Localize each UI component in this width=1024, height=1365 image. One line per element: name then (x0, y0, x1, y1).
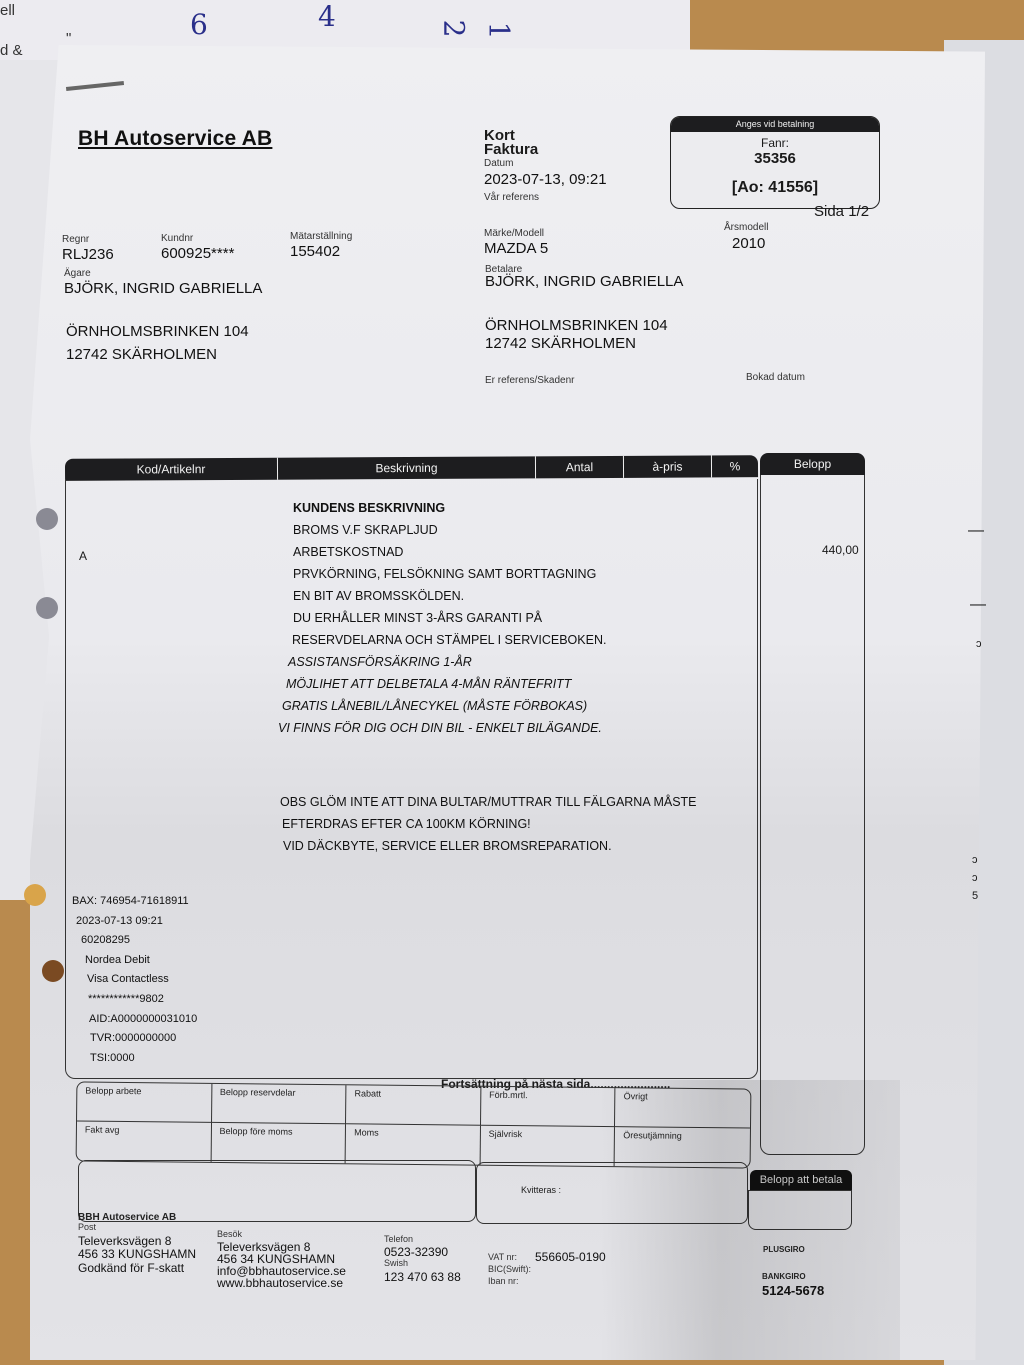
handwritten-scribble: 1 (482, 22, 515, 40)
edge-mark: — (968, 522, 984, 540)
column-header-antal: Antal (536, 456, 624, 478)
footer-plusgiro-label: PLUSGIRO (763, 1245, 805, 1254)
punch-hole (36, 597, 58, 619)
footer-website[interactable]: www.bbhautoservice.se (217, 1276, 343, 1290)
owner-name: BJÖRK, INGRID GABRIELLA (64, 280, 262, 297)
bokad-datum-label: Bokad datum (746, 372, 805, 383)
marke-modell-label: Märke/Modell (484, 228, 544, 239)
row-code: A (79, 549, 87, 563)
handwritten-scribble: 4 (318, 0, 336, 33)
notice-block: OBS GLÖM INTE ATT DINA BULTAR/MUTTRAR TI… (280, 791, 697, 857)
receipt-line: Visa Contactless (87, 970, 197, 990)
notice-line: OBS GLÖM INTE ATT DINA BULTAR/MUTTRAR TI… (280, 791, 697, 813)
card-receipt: BAX: 746954-716189112023-07-13 09:216020… (72, 892, 197, 1068)
total-sjalvrisk: Självrisk (480, 1126, 615, 1166)
description-line: MÖJLIHET ATT DELBETALA 4-MÅN RÄNTEFRITT (286, 673, 738, 695)
footer-vat-label: VAT nr: (488, 1252, 517, 1262)
belopp-att-betala-header: Belopp att betala (750, 1170, 852, 1190)
owner-label: Ägare (64, 268, 91, 279)
footer-post-city: 456 33 KUNGSHAMN (78, 1247, 196, 1261)
footer-besok-label: Besök (217, 1229, 242, 1239)
footer-telefon-label: Telefon (384, 1234, 413, 1244)
handwritten-scribble: 2 (437, 20, 470, 38)
background-edge-text: d & (0, 42, 23, 59)
receipt-line: TSI:0000 (90, 1049, 197, 1069)
receipt-line: Nordea Debit (85, 951, 197, 971)
receipt-line: BAX: 746954-71618911 (72, 892, 197, 912)
payer-city: 12742 SKÄRHOLMEN (485, 335, 636, 352)
receipt-line: 2023-07-13 09:21 (76, 912, 197, 932)
footer-bankgiro: 5124-5678 (762, 1283, 824, 1298)
owner-city: 12742 SKÄRHOLMEN (66, 346, 217, 363)
total-ovrigt: Övrigt (615, 1088, 750, 1128)
column-header-percent: % (712, 455, 758, 477)
description-line: KUNDENS BESKRIVNING (293, 497, 738, 519)
footer-telefon: 0523-32390 (384, 1245, 448, 1259)
fanr-value: 35356 (671, 150, 879, 167)
totals-grid: Belopp arbete Belopp reservdelar Rabatt … (76, 1081, 752, 1168)
receipt-line: ************9802 (88, 990, 197, 1010)
fanr-label: Fanr: (671, 136, 879, 150)
footer-swish: 123 470 63 88 (384, 1270, 461, 1284)
footer-swish-label: Swish (384, 1258, 408, 1268)
matarstallning-label: Mätarställning (290, 231, 352, 242)
kundnr-label: Kundnr (161, 233, 193, 244)
footer-bic-label: BIC(Swift): (488, 1264, 531, 1274)
total-belopp-reservdelar: Belopp reservdelar (212, 1084, 347, 1124)
regnr-label: Regnr (62, 234, 89, 245)
punch-hole (36, 508, 58, 530)
column-header-kod: Kod/Artikelnr (65, 458, 278, 481)
column-header-beskrivning: Beskrivning (278, 456, 536, 479)
description-line: GRATIS LÅNEBIL/LÅNECYKEL (MÅSTE FÖRBOKAS… (282, 695, 738, 717)
receipt-line: 60208295 (81, 931, 197, 951)
edge-mark: ɔ (972, 854, 978, 866)
company-name: BH Autoservice AB (78, 127, 272, 151)
total-belopp-arbete: Belopp arbete (77, 1082, 212, 1122)
notice-line: EFTERDRAS EFTER CA 100KM KÖRNING! (282, 813, 697, 835)
owner-street: ÖRNHOLMSBRINKEN 104 (66, 323, 249, 340)
background-edge-text: " (66, 30, 71, 47)
description-line: VI FINNS FÖR DIG OCH DIN BIL - ENKELT BI… (278, 717, 738, 739)
handwritten-scribble: 6 (190, 8, 208, 41)
var-referens-label: Vår referens (484, 192, 539, 203)
total-rabatt: Rabatt (346, 1085, 481, 1125)
column-header-a-pris: à-pris (624, 455, 712, 477)
footer-post-label: Post (78, 1222, 96, 1232)
belopp-column-frame (760, 475, 865, 1155)
description-block: KUNDENS BESKRIVNINGBROMS V.F SKRAPLJUDAR… (278, 497, 738, 739)
punch-hole (42, 960, 64, 982)
matarstallning-value: 155402 (290, 243, 340, 260)
payer-street: ÖRNHOLMSBRINKEN 104 (485, 317, 668, 334)
table-header: Kod/Artikelnr Beskrivning Antal à-pris % (65, 455, 758, 481)
signature-box-right: Kvitteras : (476, 1162, 748, 1224)
total-fakt-avg: Fakt avg (77, 1121, 212, 1161)
datum-value: 2023-07-13, 09:21 (484, 171, 607, 188)
page-number: Sida 1/2 (814, 203, 869, 220)
row-amount: 440,00 (822, 543, 859, 557)
edge-mark: — (970, 596, 986, 614)
datum-label: Datum (484, 158, 513, 169)
payment-box-header: Anges vid betalning (671, 117, 879, 132)
footer-post-street: Televerksvägen 8 (78, 1234, 171, 1248)
arsmodell-label: Årsmodell (724, 222, 768, 233)
column-header-belopp: Belopp (760, 453, 865, 475)
receipt-line: TVR:0000000000 (90, 1029, 197, 1049)
er-referens-label: Er referens/Skadenr (485, 375, 575, 386)
belopp-att-betala-box (748, 1190, 852, 1230)
description-line: DU ERHÅLLER MINST 3-ÅRS GARANTI PÅ (293, 607, 738, 629)
footer-fskatt: Godkänd för F-skatt (78, 1261, 184, 1275)
marke-modell-value: MAZDA 5 (484, 240, 548, 257)
footer-bankgiro-label: BANKGIRO (762, 1272, 806, 1281)
total-forb-mrtl: Förb.mrtl. (481, 1087, 616, 1127)
description-line: EN BIT AV BROMSSKÖLDEN. (293, 585, 738, 607)
arsmodell-value: 2010 (732, 235, 765, 252)
punch-hole (24, 884, 46, 906)
doc-type-line2: Faktura (484, 142, 538, 157)
background-edge-text: ell (0, 2, 15, 19)
edge-mark: 5 (972, 890, 978, 902)
footer-iban-label: Iban nr: (488, 1276, 519, 1286)
kvitteras-label: Kvitteras : (521, 1185, 561, 1195)
total-moms: Moms (346, 1124, 481, 1164)
edge-mark: ɔ (976, 638, 982, 650)
ao-number: [Ao: 41556] (671, 179, 879, 197)
description-line: RESERVDELARNA OCH STÄMPEL I SERVICEBOKEN… (292, 629, 738, 651)
edge-mark: ɔ (972, 872, 978, 884)
description-line: PRVKÖRNING, FELSÖKNING SAMT BORTTAGNING (293, 563, 738, 585)
description-line: ASSISTANSFÖRSÄKRING 1-ÅR (288, 651, 738, 673)
regnr-value: RLJ236 (62, 246, 114, 263)
description-line: BROMS V.F SKRAPLJUD (293, 519, 738, 541)
footer-vat: 556605-0190 (535, 1250, 606, 1264)
notice-line: VID DÄCKBYTE, SERVICE ELLER BROMSREPARAT… (283, 835, 697, 857)
kundnr-value: 600925**** (161, 245, 234, 262)
payer-name: BJÖRK, INGRID GABRIELLA (485, 273, 683, 290)
description-line: ARBETSKOSTNAD (293, 541, 738, 563)
total-belopp-fore-moms: Belopp före moms (211, 1123, 346, 1163)
payment-reference-box: Anges vid betalning Fanr: 35356 [Ao: 415… (670, 116, 880, 209)
receipt-line: AID:A0000000031010 (89, 1010, 197, 1030)
